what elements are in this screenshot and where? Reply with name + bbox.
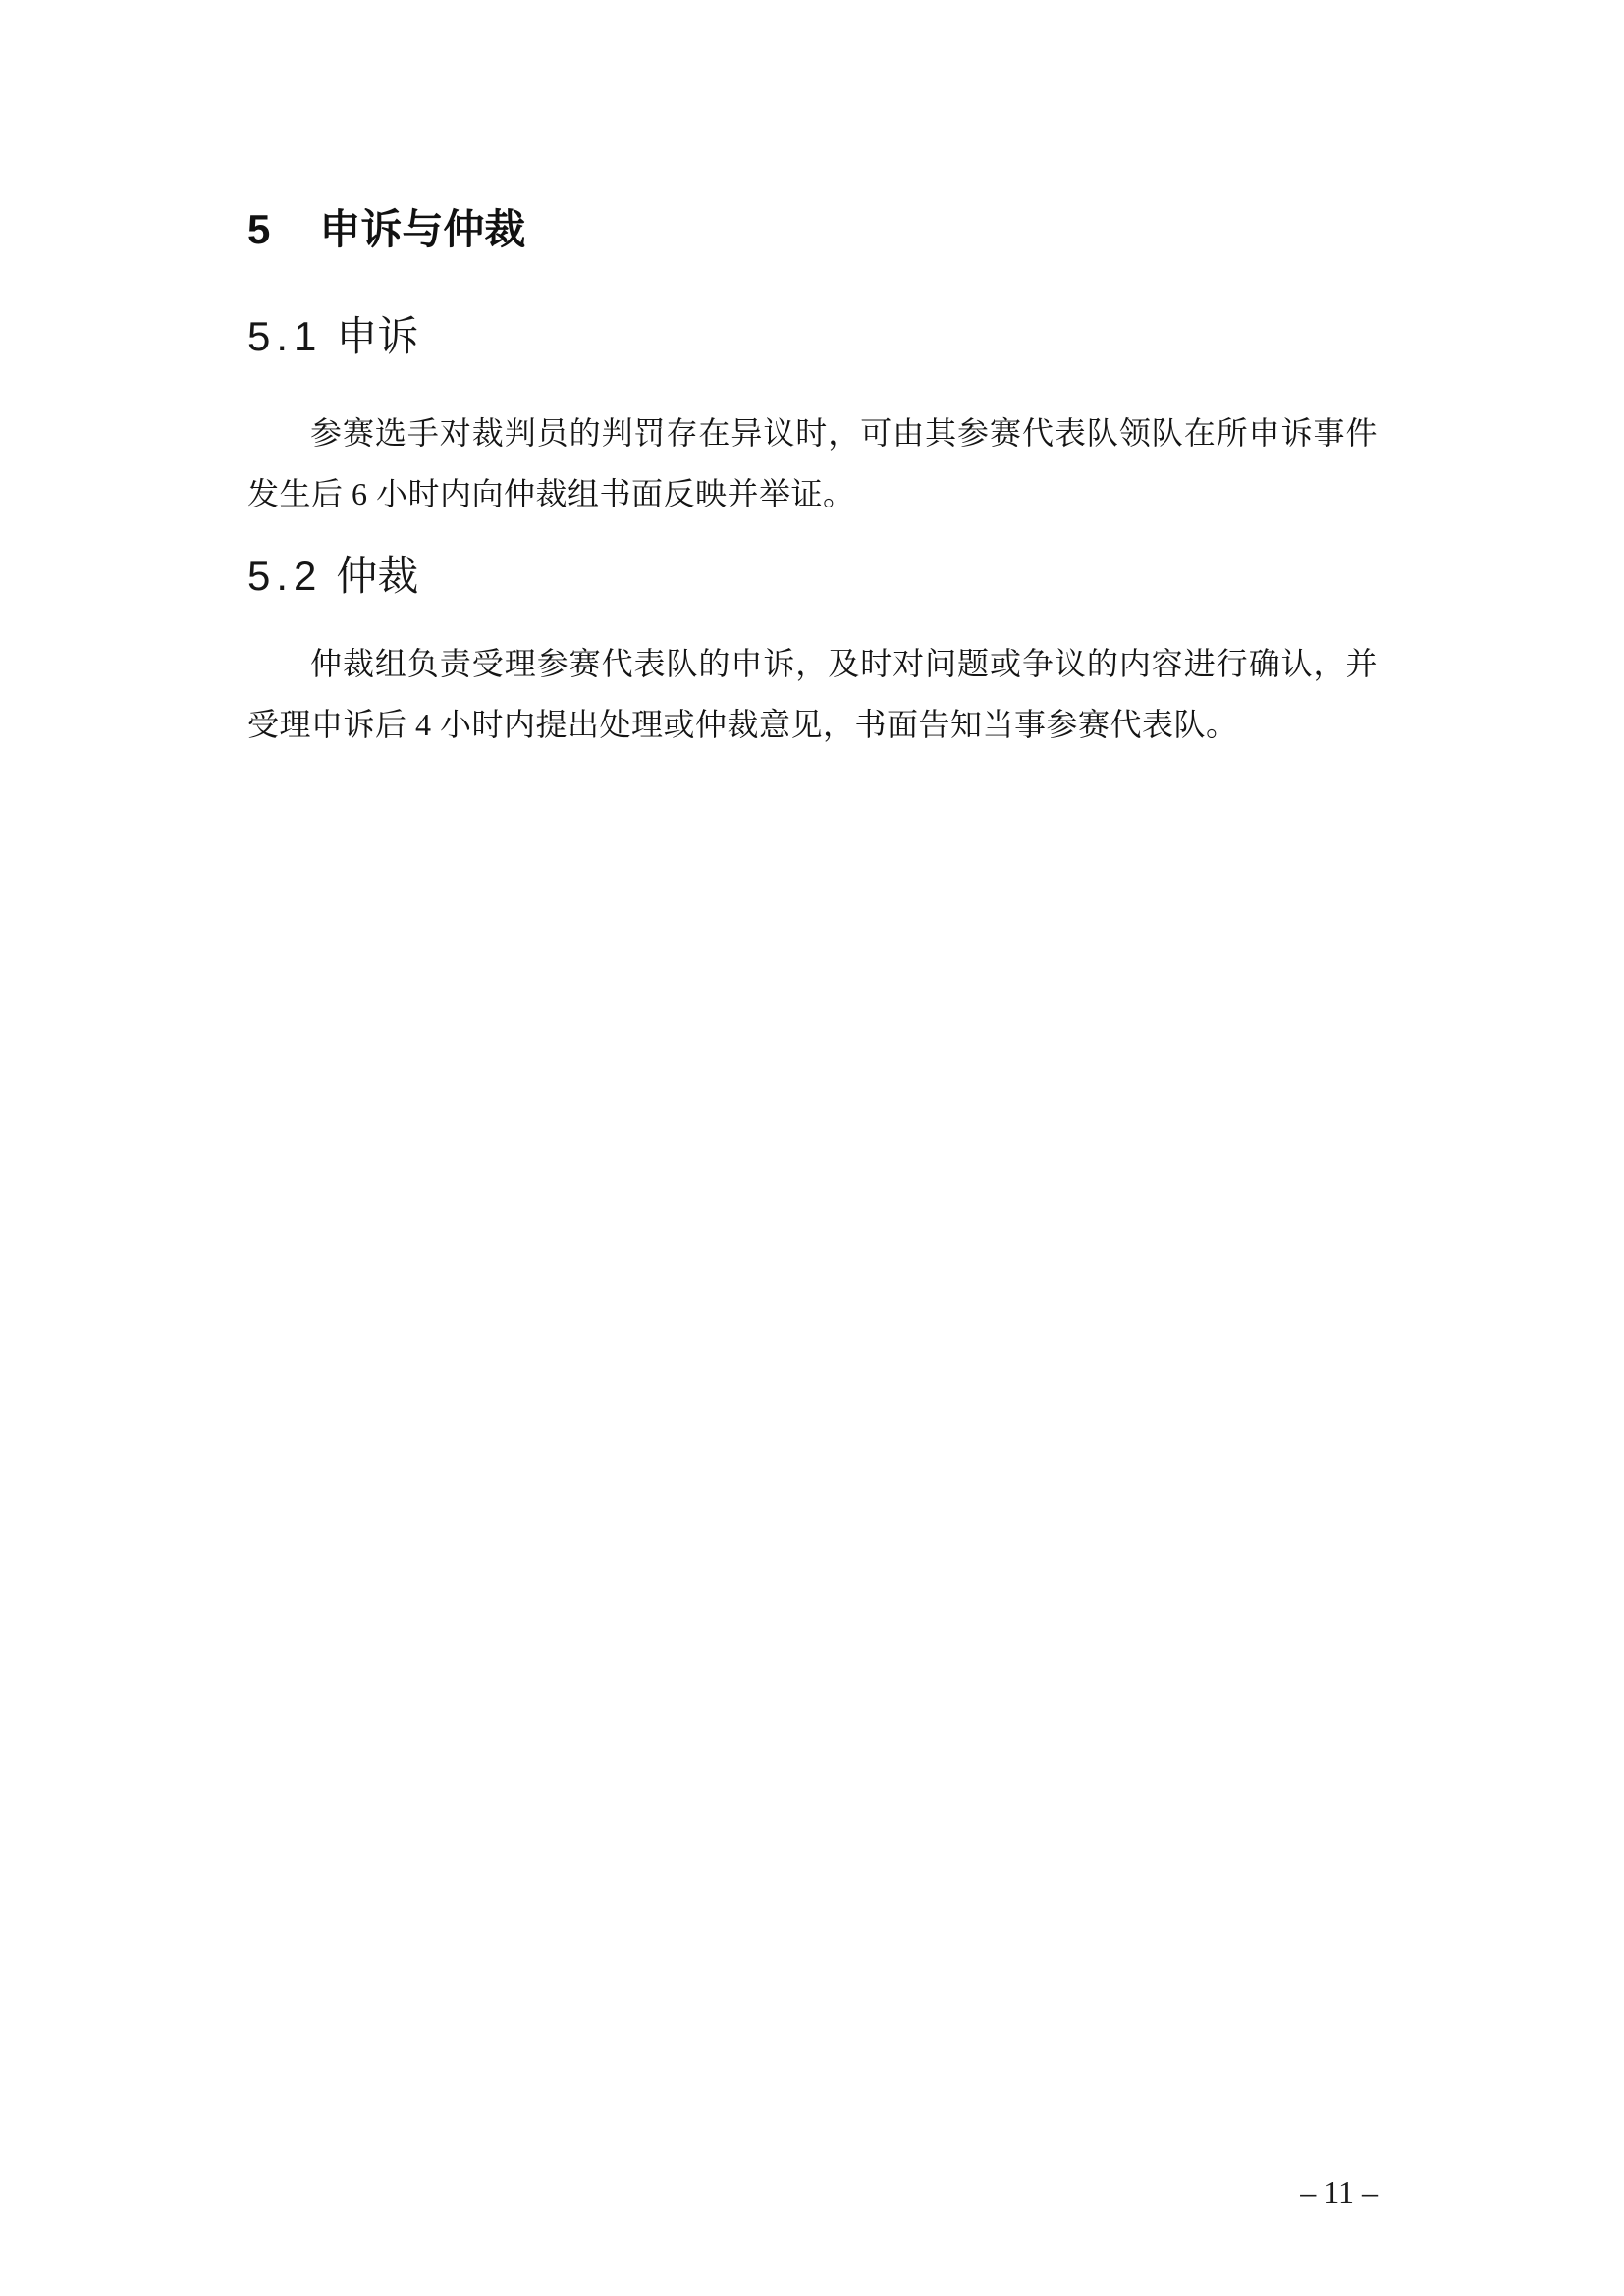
section-heading: 5 申诉与仲裁 (247, 204, 1378, 255)
page-number: – 11 – (1300, 2174, 1378, 2210)
page-footer: – 11 – (247, 2173, 1378, 2211)
subsection-heading-appeal: 5.1 申诉 (247, 312, 1378, 361)
document-page: 5 申诉与仲裁 5.1 申诉 参赛选手对裁判员的判罚存在异议时，可由其参赛代表队… (0, 0, 1624, 2296)
subsection-heading-arbitration: 5.2 仲裁 (247, 552, 1378, 601)
section-number: 5 (247, 204, 270, 255)
subsection-number: 5.1 (247, 312, 322, 361)
paragraph-arbitration: 仲裁组负责受理参赛代表队的申诉，及时对问题或争议的内容进行确认，并受理申诉后 4… (247, 633, 1378, 755)
section-title: 申诉与仲裁 (319, 204, 525, 255)
subsection-number: 5.2 (247, 552, 322, 601)
subsection-title: 仲裁 (336, 552, 418, 601)
subsection-title: 申诉 (336, 312, 418, 361)
page-content: 5 申诉与仲裁 5.1 申诉 参赛选手对裁判员的判罚存在异议时，可由其参赛代表队… (247, 0, 1378, 755)
paragraph-appeal: 参赛选手对裁判员的判罚存在异议时，可由其参赛代表队领队在所申诉事件发生后 6 小… (247, 402, 1378, 524)
